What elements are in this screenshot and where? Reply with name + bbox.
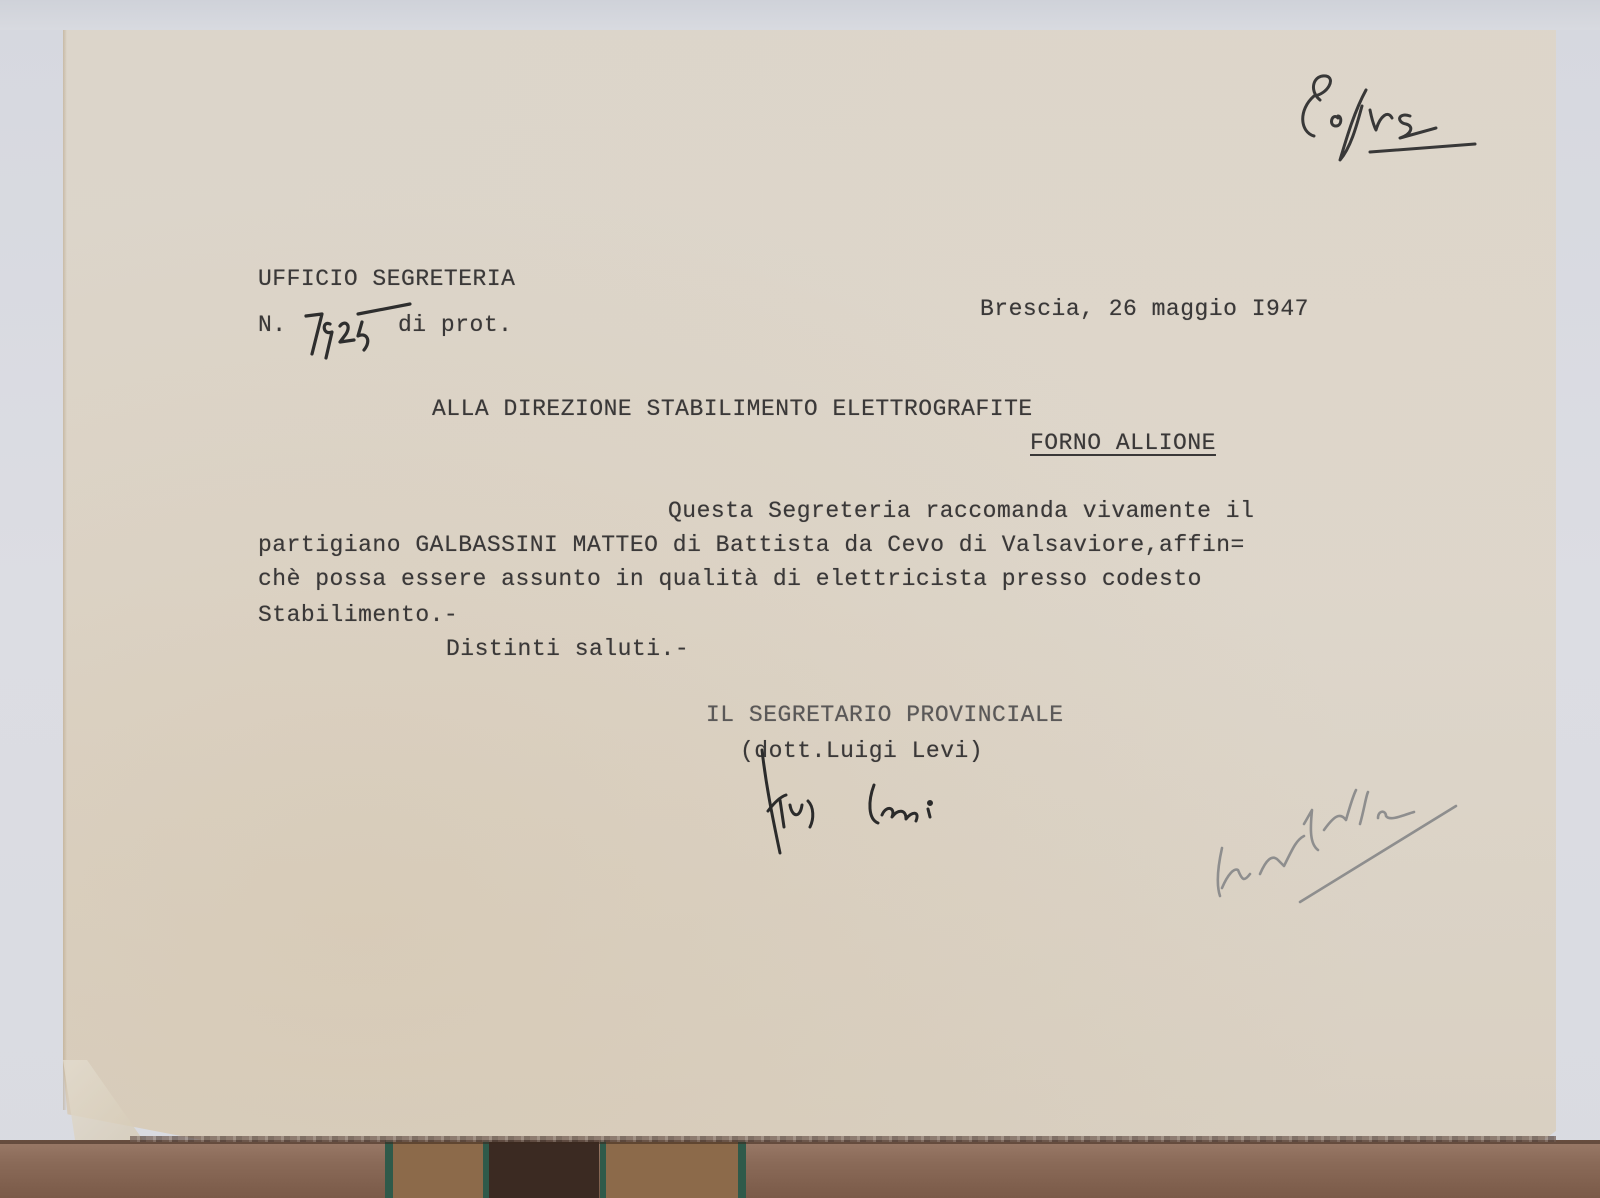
pencil-annotation bbox=[1200, 770, 1470, 910]
torn-paper-edge bbox=[130, 1136, 1556, 1142]
addressee-line-2: FORNO ALLIONE bbox=[1030, 432, 1216, 455]
body-line-3: chè possa essere assunto in qualità di e… bbox=[258, 568, 1202, 591]
body-line-1: Questa Segreteria raccomanda vivamente i… bbox=[668, 500, 1254, 523]
protocol-suffix: di prot. bbox=[398, 314, 512, 337]
handwritten-copia-annotation bbox=[1290, 60, 1490, 175]
backdrop bbox=[0, 0, 1600, 30]
closing: Distinti saluti.- bbox=[446, 638, 689, 661]
paper-edge bbox=[63, 30, 67, 1110]
wooden-shelf bbox=[0, 1140, 1600, 1198]
protocol-prefix: N. bbox=[258, 314, 287, 337]
body-line-2: partigiano GALBASSINI MATTEO di Battista… bbox=[258, 534, 1245, 557]
addressee-line-1: ALLA DIREZIONE STABILIMENTO ELETTROGRAFI… bbox=[432, 398, 1033, 421]
place-date: Brescia, 26 maggio I947 bbox=[980, 298, 1309, 321]
handwritten-signature bbox=[750, 745, 1000, 860]
signatory-title: IL SEGRETARIO PROVINCIALE bbox=[706, 704, 1064, 727]
body-line-4: Stabilimento.- bbox=[258, 604, 458, 627]
office-heading: UFFICIO SEGRETERIA bbox=[258, 268, 515, 291]
